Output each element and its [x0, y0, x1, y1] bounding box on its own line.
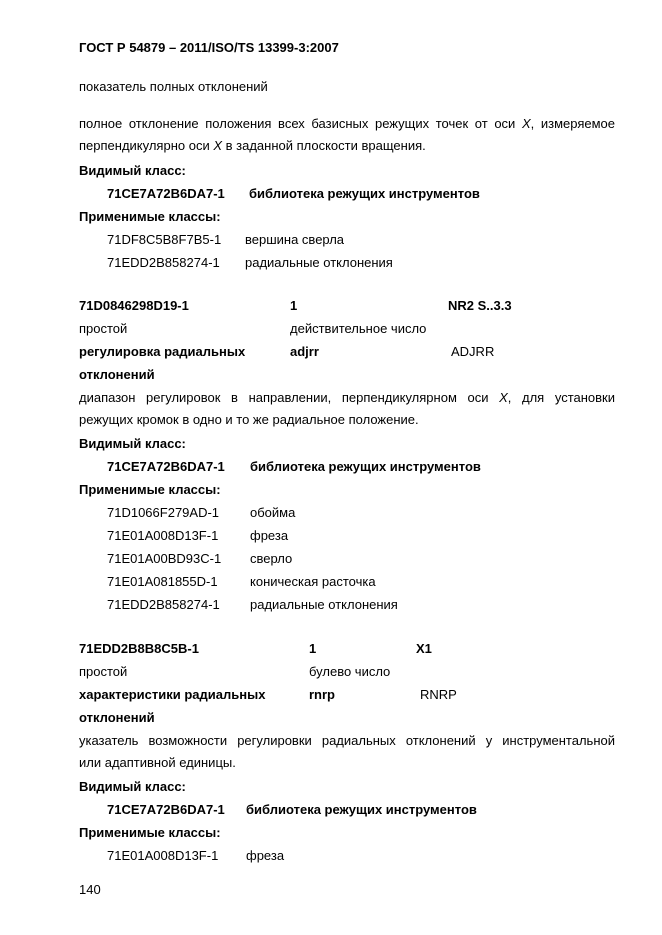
- definition-line: перпендикулярно оси X в заданной плоскос…: [79, 138, 426, 154]
- entry-kind: простой: [79, 664, 127, 680]
- visible-class-name: библиотека режущих инструментов: [250, 459, 481, 475]
- visible-class-label: Видимый класс:: [79, 779, 186, 795]
- visible-class-name: библиотека режущих инструментов: [246, 802, 477, 818]
- visible-class-code: 71CE7A72B6DA7-1: [107, 186, 225, 202]
- class-code: 71EDD2B858274-1: [107, 255, 220, 271]
- visible-class-code: 71CE7A72B6DA7-1: [107, 459, 225, 475]
- entry-name: характеристики радиальных: [79, 687, 265, 703]
- visible-class-label: Видимый класс:: [79, 163, 186, 179]
- entry-id: 71EDD2B8B8C5B-1: [79, 641, 199, 657]
- entry-data-type: действительное число: [290, 321, 426, 337]
- entry-format: X1: [416, 641, 432, 657]
- class-code: 71E01A008D13F-1: [107, 528, 218, 544]
- applicable-classes-label: Применимые классы:: [79, 482, 221, 498]
- class-name: радиальные отклонения: [250, 597, 398, 613]
- applicable-classes-label: Применимые классы:: [79, 209, 221, 225]
- class-name: фреза: [250, 528, 288, 544]
- class-code: 71EDD2B858274-1: [107, 597, 220, 613]
- entry-data-type: булево число: [309, 664, 390, 680]
- entry-name: регулировка радиальных: [79, 344, 245, 360]
- class-name: радиальные отклонения: [245, 255, 393, 271]
- entry-version: 1: [309, 641, 316, 657]
- class-code: 71DF8C5B8F7B5-1: [107, 232, 221, 248]
- definition-line: полное отклонение положения всех базисны…: [79, 112, 615, 135]
- applicable-classes-label: Применимые классы:: [79, 825, 221, 841]
- visible-class-name: библиотека режущих инструментов: [249, 186, 480, 202]
- document-header: ГОСТ Р 54879 – 2011/ISO/TS 13399-3:2007: [79, 40, 339, 56]
- page-number: 140: [79, 882, 101, 898]
- entry-short-name: ADJRR: [451, 344, 494, 360]
- class-code: 71E01A00BD93C-1: [107, 551, 221, 567]
- visible-class-code: 71CE7A72B6DA7-1: [107, 802, 225, 818]
- entry-symbol: adjrr: [290, 344, 319, 360]
- entry-version: 1: [290, 298, 297, 314]
- class-name: коническая расточка: [250, 574, 376, 590]
- class-code: 71E01A081855D-1: [107, 574, 218, 590]
- class-code: 71D1066F279AD-1: [107, 505, 219, 521]
- entry-format: NR2 S..3.3: [448, 298, 512, 314]
- class-code: 71E01A008D13F-1: [107, 848, 218, 864]
- entry-symbol: rnrp: [309, 687, 335, 703]
- entry-name-cont: отклонений: [79, 367, 155, 383]
- class-name: сверло: [250, 551, 292, 567]
- entry-id: 71D0846298D19-1: [79, 298, 189, 314]
- visible-class-label: Видимый класс:: [79, 436, 186, 452]
- entry-name-cont: отклонений: [79, 710, 155, 726]
- entry-short-name: RNRP: [420, 687, 457, 703]
- entry-kind: простой: [79, 321, 127, 337]
- definition-line: режущих кромок в одно и то же радиальное…: [79, 412, 419, 428]
- class-name: обойма: [250, 505, 295, 521]
- definition-line: или адаптивной единицы.: [79, 755, 236, 771]
- class-name: фреза: [246, 848, 284, 864]
- definition-line: диапазон регулировок в направлении, перп…: [79, 386, 615, 409]
- definition-line: указатель возможности регулировки радиал…: [79, 729, 615, 752]
- class-name: вершина сверла: [245, 232, 344, 248]
- preferred-name: показатель полных отклонений: [79, 79, 268, 95]
